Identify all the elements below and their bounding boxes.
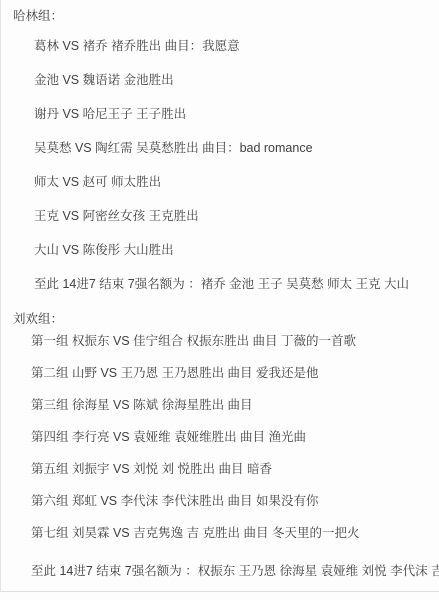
match-result-line: 谢丹 VS 哈尼王子 王子胜出 <box>34 106 437 123</box>
match-result-line: 第二组 山野 VS 王乃恩 王乃恩胜出 曲目 爱我还是他 <box>31 365 437 382</box>
summary-line-halin: 至此 14进7 结束 7强名额为 ：褚乔 金池 王子 吴莫愁 师太 王克 大山 <box>34 276 437 293</box>
match-result-line: 第一组 权振东 VS 佳宁组合 权振东胜出 曲目 丁薇的一首歌 <box>31 333 437 350</box>
group-title-liuhuan: 刘欢组： <box>13 311 437 328</box>
match-result-line: 吴莫愁 VS 陶红需 吴莫愁胜出 曲目：bad romance <box>34 140 437 157</box>
match-result-line: 第三组 徐海星 VS 陈斌 徐海星胜出 曲目 <box>31 397 437 414</box>
match-result-line: 第六组 郑虹 VS 李代沫 李代沫胜出 曲目 如果没有你 <box>31 493 437 510</box>
group-title-halin: 哈林组： <box>13 8 437 25</box>
match-result-line: 王克 VS 阿密丝女孩 王克胜出 <box>34 208 437 225</box>
section-halin-group: 哈林组： 葛林 VS 褚乔 褚乔胜出 曲目：我愿意 金池 VS 魏语诺 金池胜出… <box>13 8 437 293</box>
summary-line-liuhuan: 至此 14进7 结束 7强名额为 ：权振东 王乃恩 徐海星 袁娅维 刘悦 李代沫… <box>31 563 437 580</box>
match-result-line: 大山 VS 陈俊彤 大山胜出 <box>34 242 437 259</box>
match-result-line: 第四组 李行亮 VS 袁娅维 袁娅维胜出 曲目 渔光曲 <box>31 429 437 446</box>
liuhuan-match-list: 第一组 权振东 VS 佳宁组合 权振东胜出 曲目 丁薇的一首歌 第二组 山野 V… <box>13 333 437 580</box>
match-result-line: 第七组 刘昊霖 VS 吉克隽逸 吉 克胜出 曲目 冬天里的一把火 <box>31 525 437 542</box>
results-text-panel: 哈林组： 葛林 VS 褚乔 褚乔胜出 曲目：我愿意 金池 VS 魏语诺 金池胜出… <box>0 0 439 592</box>
section-liuhuan-group: 刘欢组： 第一组 权振东 VS 佳宁组合 权振东胜出 曲目 丁薇的一首歌 第二组… <box>13 311 437 580</box>
halin-match-list: 葛林 VS 褚乔 褚乔胜出 曲目：我愿意 金池 VS 魏语诺 金池胜出 谢丹 V… <box>13 38 437 293</box>
match-result-line: 葛林 VS 褚乔 褚乔胜出 曲目：我愿意 <box>34 38 437 55</box>
match-result-line: 第五组 刘振宇 VS 刘悦 刘 悦胜出 曲目 暗香 <box>31 461 437 478</box>
match-result-line: 师太 VS 赵可 师太胜出 <box>34 174 437 191</box>
match-result-line: 金池 VS 魏语诺 金池胜出 <box>34 72 437 89</box>
